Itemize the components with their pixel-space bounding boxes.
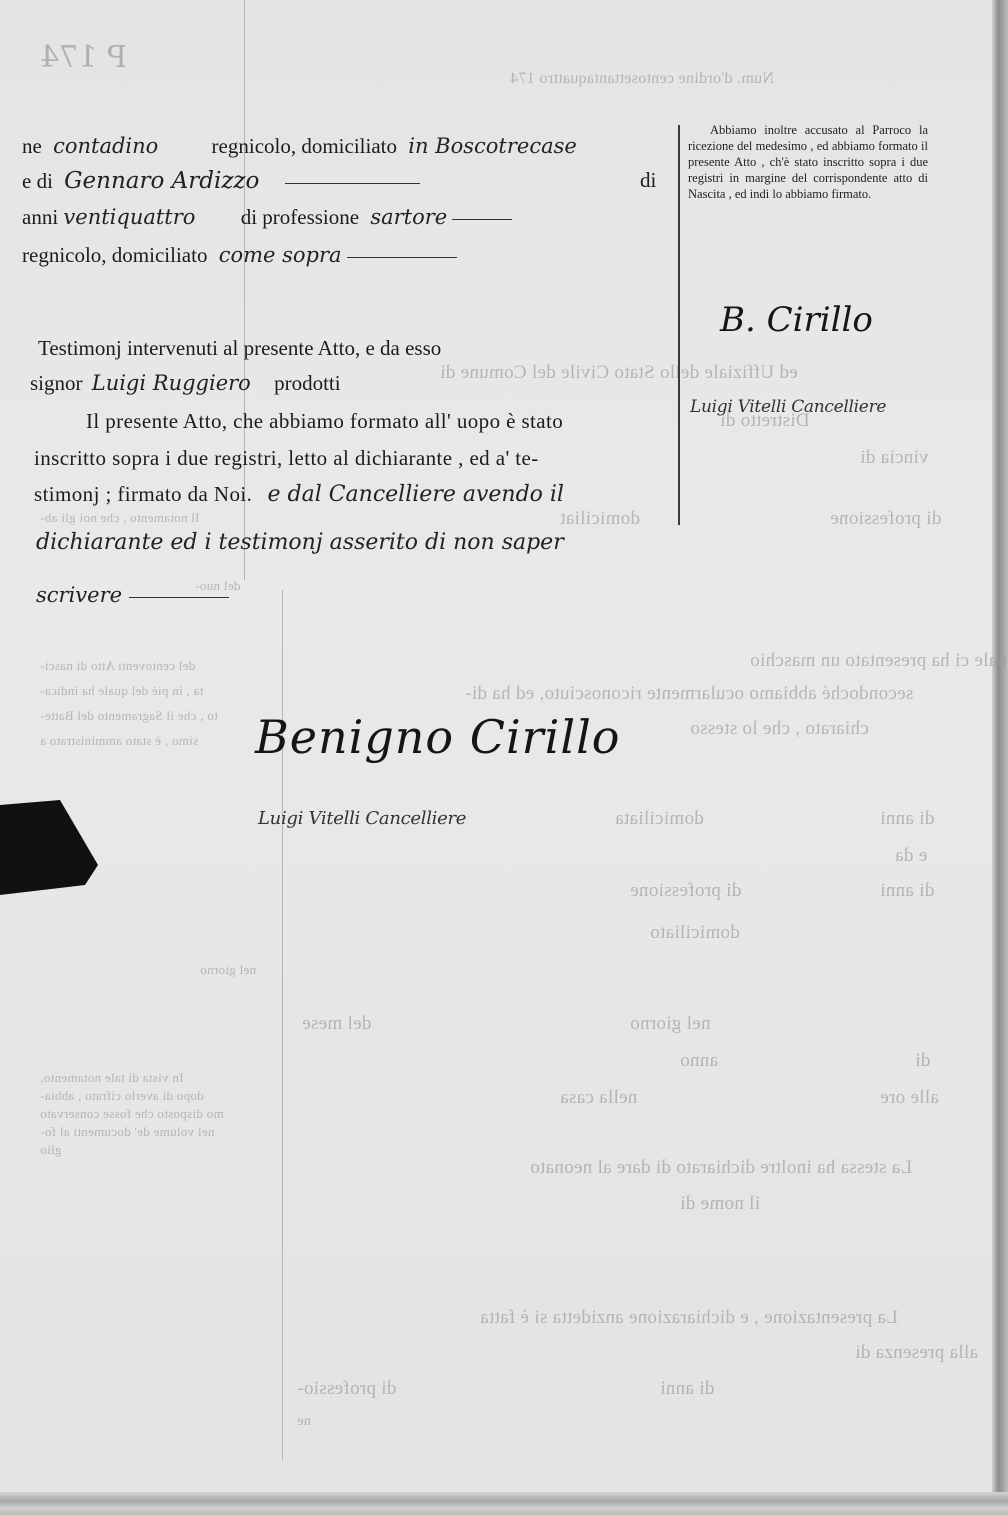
form-line-residence: regnicolo, domiciliato come sopra [22,243,457,268]
ghost-line: di anni [880,808,934,830]
fill-rule [452,218,512,220]
printed-text: e di [22,169,53,193]
printed-text: ne [22,134,42,158]
handwritten-note: e dal Cancelliere avendo il [267,482,563,507]
printed-text: regnicolo, domiciliato [212,134,397,158]
ghost-line: secondoché abbiamo ocularmente riconosci… [465,683,913,705]
signature-official-main: Benigno Cirillo [255,710,620,764]
ghost-line: del centoventi Atto di nasci- [40,658,195,674]
signature-clerk-side: Luigi Vitelli Cancelliere [690,397,886,417]
printed-text: signor [30,371,83,395]
fill-rule [129,596,229,598]
ghost-line: ne [297,1414,311,1430]
ghost-line: di [915,1050,930,1072]
fill-rule [347,256,457,258]
ghost-line: di anni [660,1378,714,1400]
closing-line: stimonj ; firmato da Noi. e dal Cancelli… [34,482,564,507]
handwritten-residence: in Boscotrecase [408,134,577,158]
witnesses-heading: Testimonj intervenuti al presente Atto, … [38,336,441,361]
ghost-line: nella casa [560,1087,637,1109]
ghost-line: quale ci ha presentato un maschio [750,650,1008,672]
ghost-line: Il notamento , che noi gli ab- [40,510,200,526]
signature-clerk-main: Luigi Vitelli Cancelliere [258,808,466,829]
ghost-line: nel giorno [200,962,256,978]
printed-text: prodotti [274,371,341,395]
handwritten-father-name: Gennaro Ardizzo [64,168,259,194]
fill-rule [285,182,420,184]
ghost-line: domiciliato [650,922,740,944]
ghost-line: domiciliata [615,808,704,830]
closing-line: Il presente Atto, che abbiamo formato al… [86,409,563,434]
printed-text: anni [22,205,58,229]
handwritten-trade: sartore [370,205,447,229]
printed-text: di professione [241,205,359,229]
ghost-line: alle ore [880,1087,939,1109]
ghost-line: il nome di [680,1193,760,1215]
ghost-line: anno [680,1050,718,1072]
printed-text: di [640,168,656,193]
printed-text: regnicolo, domiciliato [22,243,207,267]
binding-edge [992,0,1008,1515]
handwritten-residence: come sopra [219,243,342,267]
ghost-line: nel volume de' documenti al fo- [40,1124,214,1140]
signature-official-side: B. Cirillo [720,300,873,340]
ghost-line: di professio- [297,1378,396,1400]
closing-line: inscritto sopra i due registri, letto al… [34,446,539,471]
side-annotation-box: Abbiamo inoltre accusato al Parroco la r… [688,122,928,202]
ghost-line: La stessa ha inoltre dichiarato di dare … [530,1157,912,1179]
form-line-age: anni ventiquattro di professione sartore [22,205,512,230]
ghost-line: to , che il Sagramento del Batte- [40,708,218,724]
ghost-line: glio [40,1142,61,1158]
handwritten-note: scrivere [36,583,229,607]
ghost-line: La presentazione , e dichiarazione anzid… [480,1307,898,1329]
ghost-line: mo disposto che fosse conservato [40,1106,224,1122]
ghost-page-number: P 174 [40,40,127,75]
ghost-line: ed Uffiziale dello Stato Civile del Comu… [440,362,798,384]
ghost-header: Num. d'ordine centosettantaquattro 174 [510,70,774,88]
printed-text: stimonj ; firmato da Noi. [34,482,252,506]
form-line-witness: signor Luigi Ruggiero prodotti [30,371,341,396]
ghost-line: e da [895,845,927,867]
ghost-line: domiciliat [560,508,640,530]
handwritten-note: dichiarante ed i testimonj asserito di n… [36,530,564,555]
ghost-line: vincia di [860,447,929,469]
ghost-line: chiarato , che lo stesso [690,718,869,740]
ghost-line: ta , in piè del quale ha indica- [40,683,203,699]
ghost-line: dopo di averlo cifrato , abbia- [40,1088,204,1104]
form-line-father: e di Gennaro Ardizzo di [22,168,420,194]
binder-clip [0,795,100,895]
ghost-line: di professione [830,508,941,530]
ghost-line: alla presenza di [855,1342,978,1364]
handwritten-witness-name: Luigi Ruggiero [92,371,251,395]
ghost-line: del mese [302,1013,371,1035]
ghost-line: In vista di tale notamento, [40,1070,183,1086]
document-page: P 174 Num. d'ordine centosettantaquattro… [0,0,1008,1515]
ghost-line: di professione [630,880,741,902]
column-divider [678,125,680,525]
ghost-line: nel giorno [630,1013,711,1035]
side-annotation-text: Abbiamo inoltre accusato al Parroco la r… [688,122,928,202]
handwritten-age: ventiquattro [63,205,195,229]
form-line-profession: ne contadino regnicolo, domiciliato in B… [22,134,577,159]
ghost-line: di anni [880,880,934,902]
handwritten-note-end: scrivere [36,583,122,607]
page-bottom-edge [0,1492,1008,1515]
handwritten-profession: contadino [53,134,158,158]
ghost-line: simo , è stato amministrato a [40,733,198,749]
